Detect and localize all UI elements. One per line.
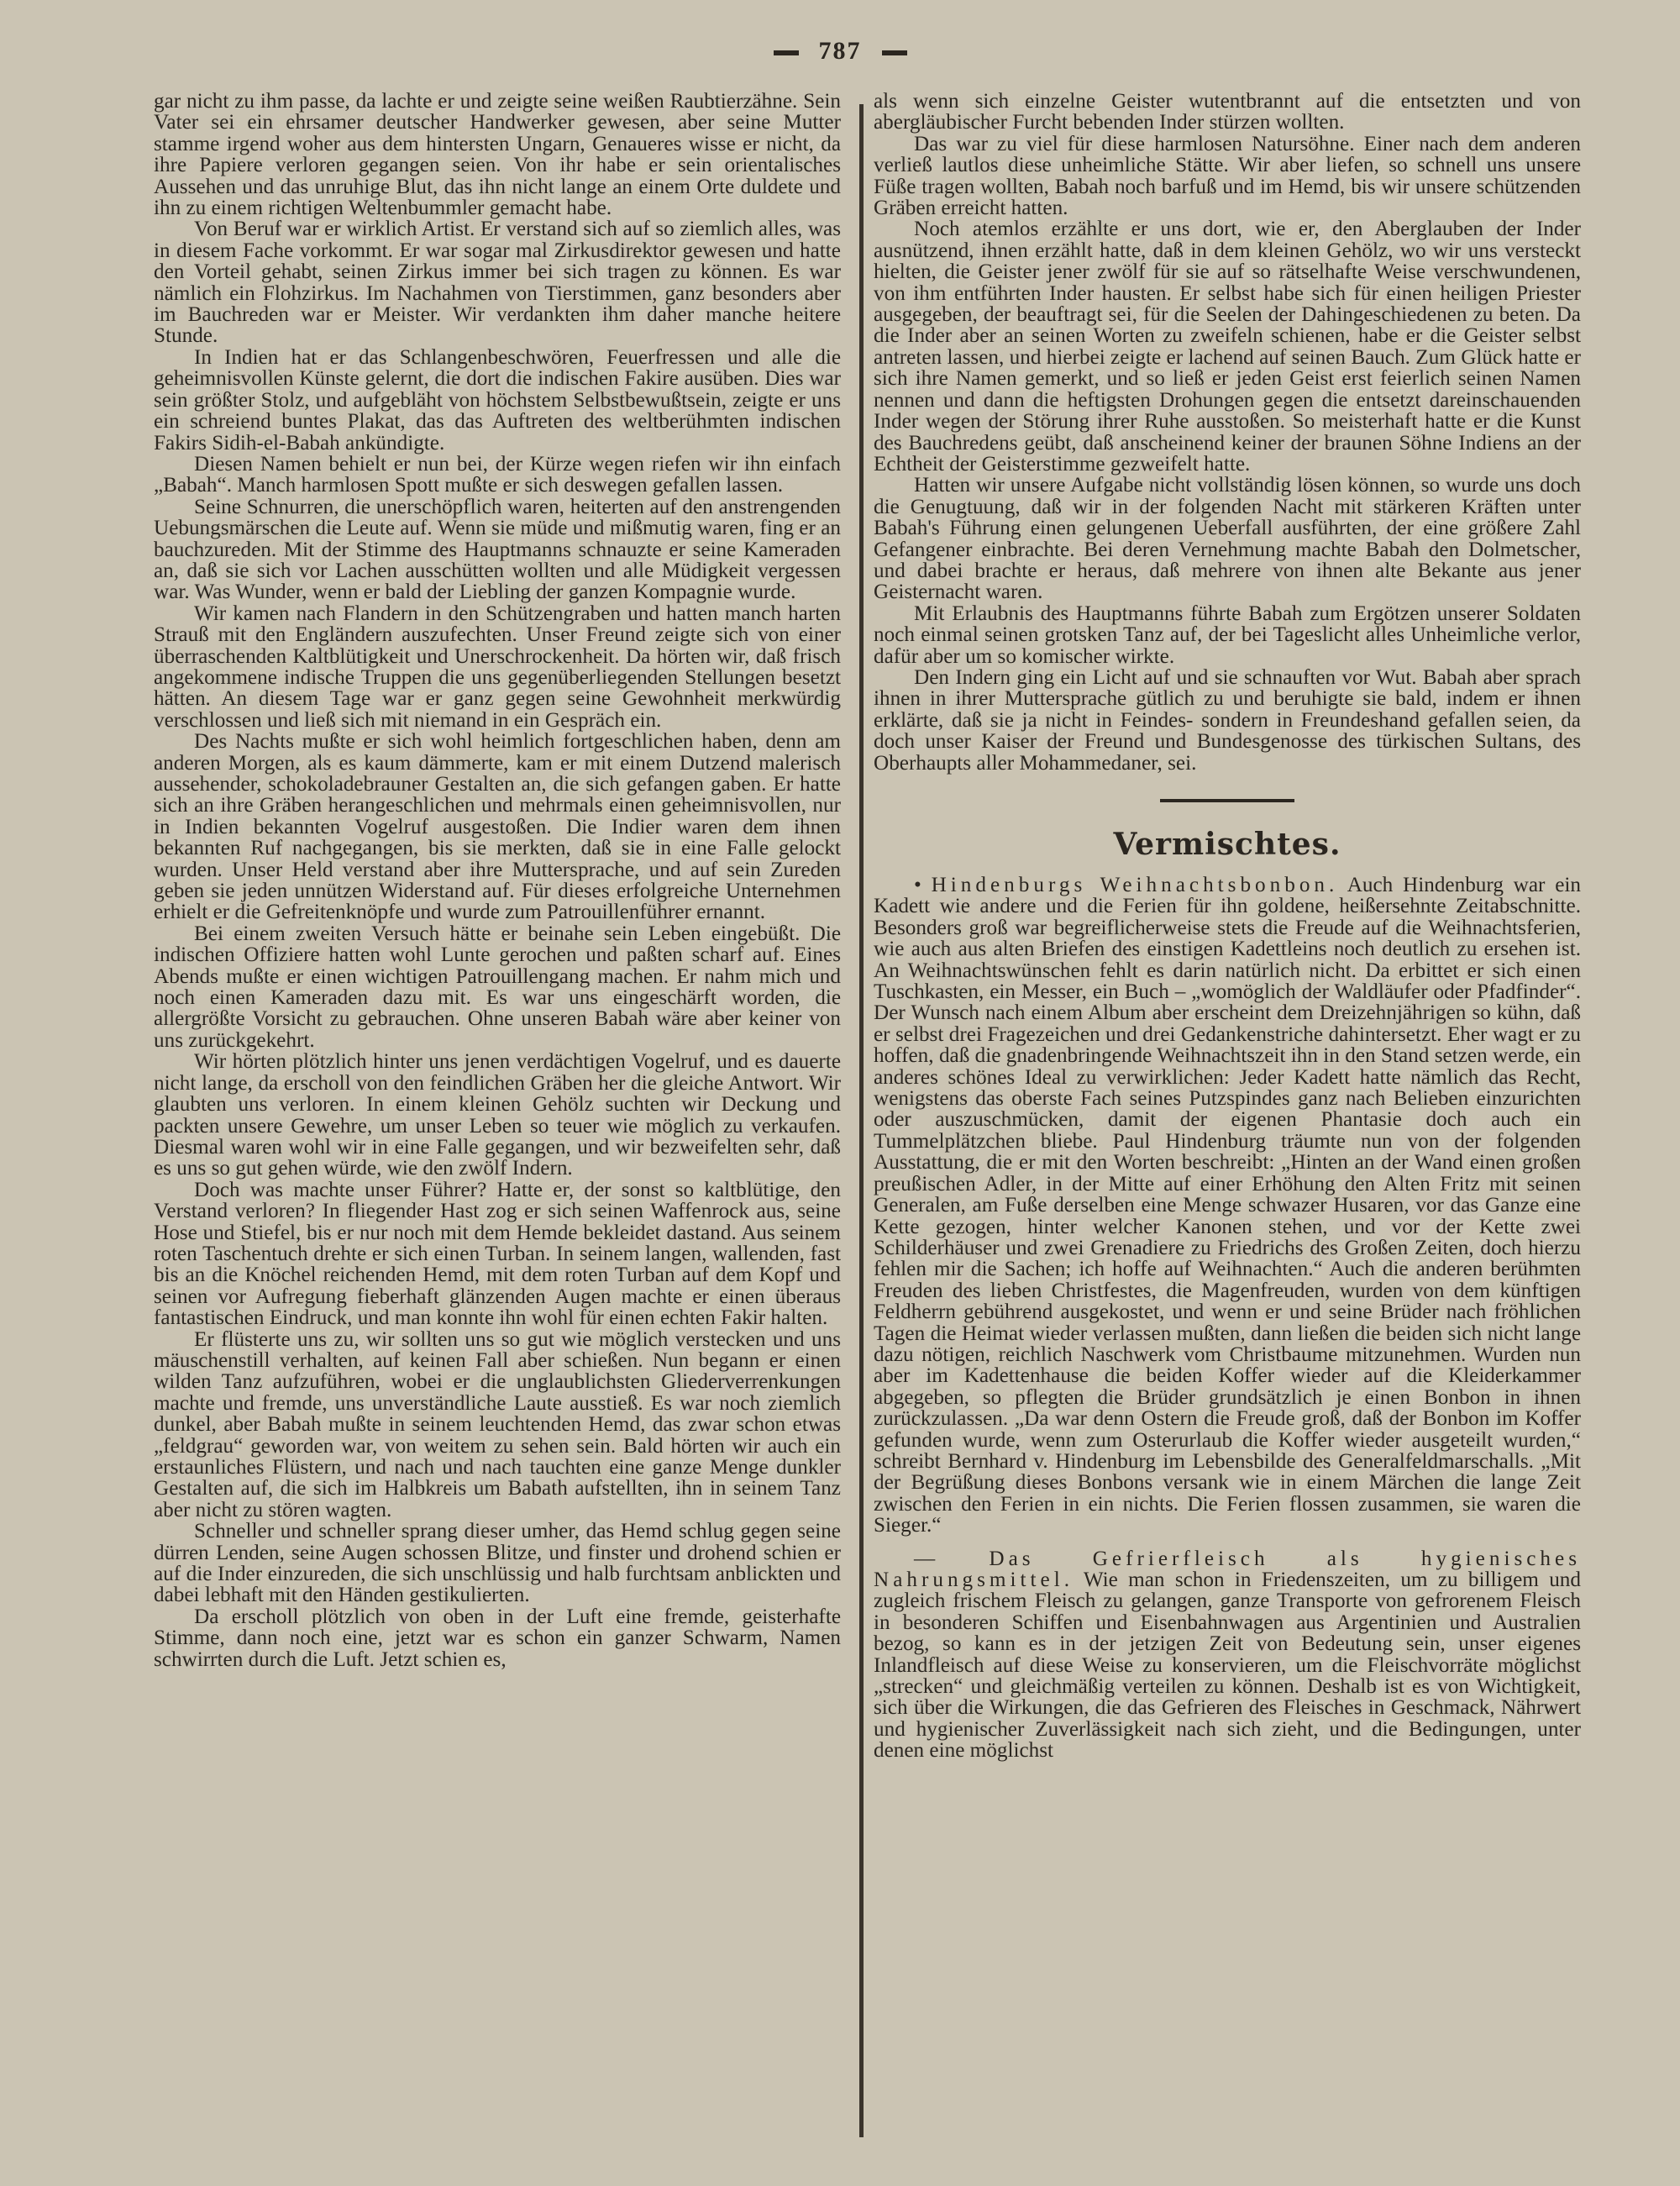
- paragraph: Des Nachts mußte er sich wohl heimlich f…: [154, 731, 841, 923]
- paragraph: Wir hörten plötzlich hinter uns jenen ve…: [154, 1051, 841, 1179]
- item-text: Wie man schon in Friedenszeiten, um zu b…: [874, 1569, 1581, 1762]
- paragraph: Bei einem zweiten Versuch hätte er beina…: [154, 923, 841, 1051]
- left-column: gar nicht zu ihm passe, da lachte er und…: [154, 91, 841, 1670]
- dash-left: [774, 50, 799, 55]
- paragraph: Den Indern ging ein Licht auf und sie sc…: [874, 667, 1581, 774]
- news-item: • Hindenburgs Weihnachtsbonbon. Auch Hin…: [874, 875, 1581, 1537]
- page-number: 787: [819, 37, 862, 65]
- column-divider: [859, 104, 864, 2137]
- paragraph: Noch atemlos erzählte er uns dort, wie e…: [874, 218, 1581, 475]
- paragraph: Doch was machte unser Führer? Hatte er, …: [154, 1180, 841, 1329]
- paragraph: Seine Schnurren, die unerschöpflich ware…: [154, 497, 841, 603]
- item-heading: Hindenburgs Weihnachtsbonbon.: [932, 874, 1339, 896]
- right-column: als wenn sich einzelne Geister wutentbra…: [874, 91, 1581, 1762]
- item-marker: •: [914, 874, 921, 896]
- page-number-header: 787: [0, 37, 1680, 66]
- paragraph: gar nicht zu ihm passe, da lachte er und…: [154, 91, 841, 218]
- paragraph: Diesen Namen behielt er nun bei, der Kür…: [154, 454, 841, 497]
- paragraph: Hatten wir unsere Aufgabe nicht vollstän…: [874, 475, 1581, 602]
- paragraph: Wir kamen nach Flandern in den Schützeng…: [154, 603, 841, 731]
- item-text: Auch Hindenburg war ein Kadett wie ander…: [874, 874, 1581, 1537]
- paragraph: Da erscholl plötzlich von oben in der Lu…: [154, 1606, 841, 1670]
- paragraph: Schneller und schneller sprang dieser um…: [154, 1521, 841, 1606]
- paragraph: als wenn sich einzelne Geister wutentbra…: [874, 91, 1581, 134]
- paragraph: Von Beruf war er wirklich Artist. Er ver…: [154, 218, 841, 346]
- news-item: — Das Gefrierfleisch als hygienisches Na…: [874, 1548, 1581, 1762]
- spacer: [874, 1537, 1581, 1548]
- paragraph: Das war zu viel für diese harmlosen Natu…: [874, 134, 1581, 219]
- paragraph: In Indien hat er das Schlangenbeschwören…: [154, 347, 841, 454]
- item-marker: —: [914, 1548, 935, 1570]
- paragraph: Er flüsterte uns zu, wir sollten uns so …: [154, 1329, 841, 1521]
- section-title: Vermischtes.: [874, 826, 1581, 863]
- paragraph: Mit Erlaubnis des Hauptmanns führte Baba…: [874, 603, 1581, 667]
- section-rule: [1160, 799, 1294, 802]
- dash-right: [882, 50, 907, 55]
